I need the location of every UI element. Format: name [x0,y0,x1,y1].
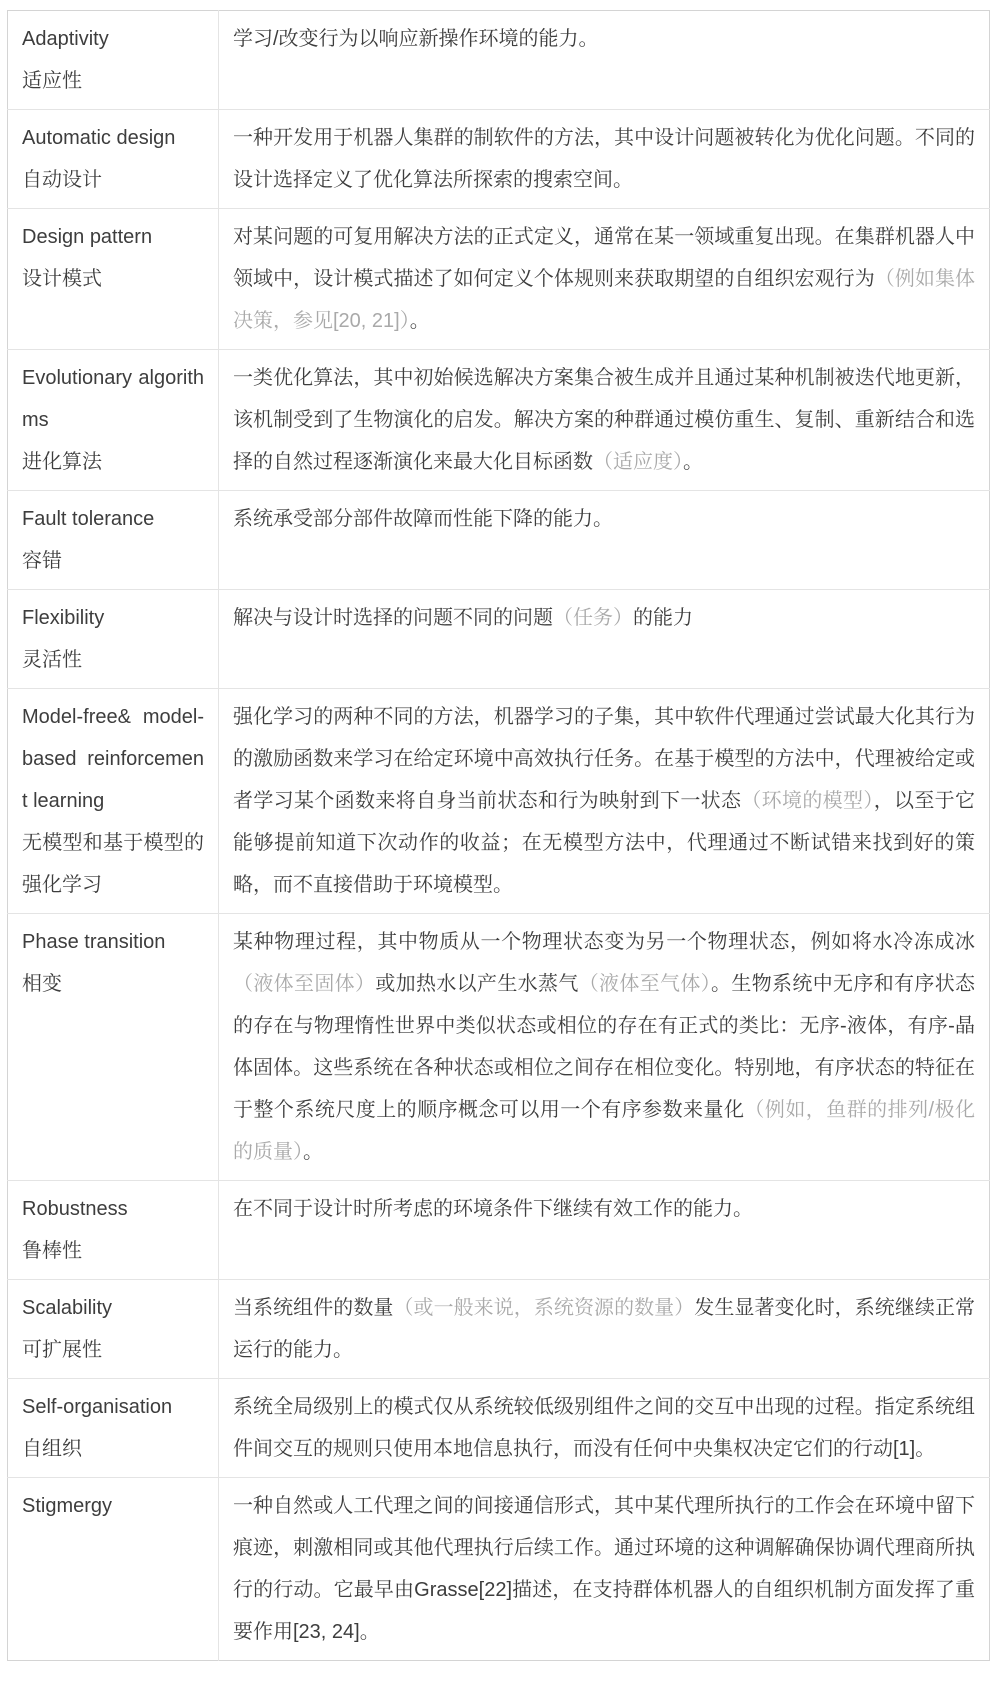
term-cell: Design pattern 设计模式 [8,209,219,350]
term-cell: Robustness 鲁棒性 [8,1181,219,1280]
definition-cell: 解决与设计时选择的问题不同的问题（任务）的能力 [219,590,990,689]
table-row: Model-free& model-based reinforcement le… [8,689,990,914]
term-english-label: Automatic design [22,117,204,159]
table-row: Flexibility 灵活性 解决与设计时选择的问题不同的问题（任务）的能力 [8,590,990,689]
term-cell: Automatic design 自动设计 [8,110,219,209]
term-chinese-label: 鲁棒性 [22,1230,204,1272]
table-row: Scalability 可扩展性 当系统组件的数量（或一般来说，系统资源的数量）… [8,1280,990,1379]
definition-cell: 当系统组件的数量（或一般来说，系统资源的数量）发生显著变化时，系统继续正常运行的… [219,1280,990,1379]
definition-segment: 一种开发用于机器人集群的制软件的方法，其中设计问题被转化为优化问题。不同的设计选… [233,127,975,191]
definition-segment-muted: （环境的模型） [741,790,873,812]
term-chinese-label: 相变 [22,963,204,1005]
term-chinese-label: 可扩展性 [22,1329,204,1371]
term-english-label: Evolutionary algorithms [22,357,204,441]
definition-segment-muted: （或一般来说，系统资源的数量） [393,1297,694,1319]
table-row: Phase transition 相变 某种物理过程，其中物质从一个物理状态变为… [8,914,990,1181]
term-chinese-label: 自组织 [22,1428,204,1470]
term-cell: Model-free& model-based reinforcement le… [8,689,219,914]
definition-cell: 强化学习的两种不同的方法，机器学习的子集，其中软件代理通过尝试最大化其行为的激励… [219,689,990,914]
term-english-label: Phase transition [22,921,204,963]
definition-cell: 对某问题的可复用解决方法的正式定义，通常在某一领域重复出现。在集群机器人中领域中… [219,209,990,350]
definition-segment: 系统承受部分部件故障而性能下降的能力。 [233,508,613,530]
glossary-table: Adaptivity 适应性 学习/改变行为以响应新操作环境的能力。 Autom… [7,10,990,1661]
term-chinese-label: 适应性 [22,60,204,102]
definition-segment: 对某问题的可复用解决方法的正式定义，通常在某一领域重复出现。在集群机器人中领域中… [233,226,975,290]
definition-segment-muted: （适应度） [593,451,683,473]
definition-segment: 的能力 [633,607,693,629]
term-cell: Fault tolerance 容错 [8,491,219,590]
definition-segment: 在不同于设计时所考虑的环境条件下继续有效工作的能力。 [233,1198,753,1220]
definition-segment: 。 [303,1141,323,1163]
term-cell: Phase transition 相变 [8,914,219,1181]
definition-cell: 一类优化算法，其中初始候选解决方案集合被生成并且通过某种机制被迭代地更新，该机制… [219,350,990,491]
term-cell: Flexibility 灵活性 [8,590,219,689]
term-chinese-label: 自动设计 [22,159,204,201]
term-cell: Evolutionary algorithms 进化算法 [8,350,219,491]
term-english-label: Robustness [22,1188,204,1230]
definition-cell: 一种自然或人工代理之间的间接通信形式，其中某代理所执行的工作会在环境中留下痕迹，… [219,1478,990,1661]
term-english-label: Adaptivity [22,18,204,60]
definition-segment: 系统全局级别上的模式仅从系统较低级别组件之间的交互中出现的过程。指定系统组件间交… [233,1396,975,1460]
term-chinese-label: 容错 [22,540,204,582]
definition-segment-muted: （任务） [553,607,633,629]
term-chinese-label: 无模型和基于模型的强化学习 [22,822,204,906]
table-row: Adaptivity 适应性 学习/改变行为以响应新操作环境的能力。 [8,11,990,110]
definition-cell: 系统承受部分部件故障而性能下降的能力。 [219,491,990,590]
table-row: Self-organisation 自组织 系统全局级别上的模式仅从系统较低级别… [8,1379,990,1478]
definition-segment: 。 [410,310,430,332]
term-english-label: Scalability [22,1287,204,1329]
table-row: Robustness 鲁棒性 在不同于设计时所考虑的环境条件下继续有效工作的能力… [8,1181,990,1280]
term-english-label: Flexibility [22,597,204,639]
term-english-label: Fault tolerance [22,498,204,540]
term-english-label: Model-free& model-based reinforcement le… [22,696,204,822]
table-row: Stigmergy 一种自然或人工代理之间的间接通信形式，其中某代理所执行的工作… [8,1478,990,1661]
definition-cell: 在不同于设计时所考虑的环境条件下继续有效工作的能力。 [219,1181,990,1280]
table-row: Fault tolerance 容错 系统承受部分部件故障而性能下降的能力。 [8,491,990,590]
term-cell: Self-organisation 自组织 [8,1379,219,1478]
term-cell: Scalability 可扩展性 [8,1280,219,1379]
definition-segment-muted: （液体至固体） [233,973,375,995]
document-page: Adaptivity 适应性 学习/改变行为以响应新操作环境的能力。 Autom… [0,0,1000,1702]
definition-segment: 当系统组件的数量 [233,1297,393,1319]
definition-cell: 系统全局级别上的模式仅从系统较低级别组件之间的交互中出现的过程。指定系统组件间交… [219,1379,990,1478]
term-chinese-label: 设计模式 [22,258,204,300]
term-english-label: Self-organisation [22,1386,204,1428]
term-chinese-label: 进化算法 [22,441,204,483]
definition-cell: 一种开发用于机器人集群的制软件的方法，其中设计问题被转化为优化问题。不同的设计选… [219,110,990,209]
definition-segment: 学习/改变行为以响应新操作环境的能力。 [233,28,599,50]
definition-segment: 。 [683,451,703,473]
definition-segment: 解决与设计时选择的问题不同的问题 [233,607,553,629]
definition-segment-muted: （液体至气体） [579,973,711,995]
glossary-table-body: Adaptivity 适应性 学习/改变行为以响应新操作环境的能力。 Autom… [8,11,990,1661]
term-cell: Stigmergy [8,1478,219,1661]
table-row: Design pattern 设计模式 对某问题的可复用解决方法的正式定义，通常… [8,209,990,350]
term-chinese-label: 灵活性 [22,639,204,681]
table-row: Evolutionary algorithms 进化算法 一类优化算法，其中初始… [8,350,990,491]
term-english-label: Stigmergy [22,1485,204,1527]
term-cell: Adaptivity 适应性 [8,11,219,110]
table-row: Automatic design 自动设计 一种开发用于机器人集群的制软件的方法… [8,110,990,209]
definition-cell: 学习/改变行为以响应新操作环境的能力。 [219,11,990,110]
definition-segment: 一种自然或人工代理之间的间接通信形式，其中某代理所执行的工作会在环境中留下痕迹，… [233,1495,975,1643]
term-english-label: Design pattern [22,216,204,258]
definition-segment: 某种物理过程，其中物质从一个物理状态变为另一个物理状态，例如将水冷冻成冰 [233,931,975,953]
definition-cell: 某种物理过程，其中物质从一个物理状态变为另一个物理状态，例如将水冷冻成冰（液体至… [219,914,990,1181]
definition-segment: 或加热水以产生水蒸气 [375,973,578,995]
